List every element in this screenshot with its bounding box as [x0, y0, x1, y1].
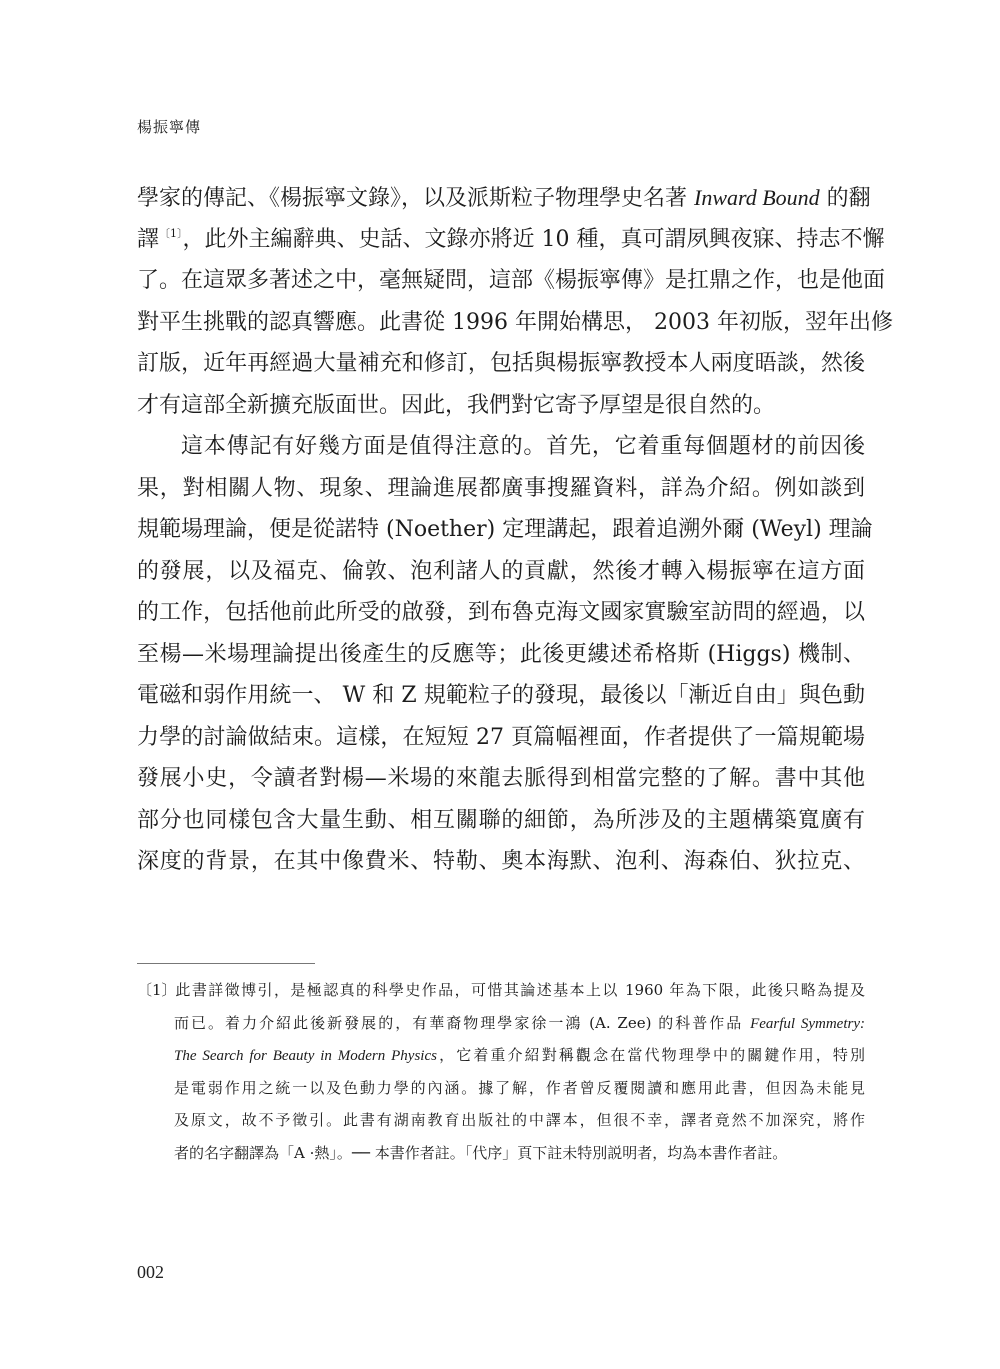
book-subtitle-italic: The Search for Beauty in Modern Physics — [174, 1048, 437, 1064]
text-line: 這本傳記有好幾方面是值得注意的。首先，它着重每個題材的前因後 — [137, 426, 865, 468]
text-line: 果，對相關人物、現象、理論進展都廣事搜羅資料，詳為介紹。例如談到 — [137, 468, 865, 510]
text-line: 訂版，近年再經過大量補充和修訂，包括與楊振寧教授本人兩度晤談，然後 — [137, 343, 865, 385]
book-title-italic: Inward Bound — [694, 185, 820, 210]
book-title-italic: Fearful Symmetry: — [750, 1016, 865, 1032]
footnote-reference: 〔1〕 — [159, 227, 183, 240]
text-line: 發展小史，令讀者對楊—米場的來龍去脈得到相當完整的了解。書中其他 — [137, 758, 865, 800]
text-line: 對平生挑戰的認真響應。此書從 1996 年開始構思， 2003 年初版，翌年出修 — [137, 302, 865, 344]
page-number: 002 — [137, 1262, 164, 1283]
footnote-mark: 〔1〕 — [137, 974, 174, 1007]
text-line: 的發展，以及福克、倫敦、泡利諸人的貢獻，然後才轉入楊振寧在這方面 — [137, 551, 865, 593]
footnote-line: 及原文，故不予徵引。此書有湖南教育出版社的中譯本，但很不幸，譯者竟然不加深究，將… — [137, 1104, 865, 1137]
footnote-line: 〔1〕此書詳徵博引，是極認真的科學史作品，可惜其論述基本上以 1960 年為下限… — [137, 974, 865, 1007]
paragraph-1: 學家的傳記、《楊振寧文錄》，以及派斯粒子物理學史名著 Inward Bound … — [137, 177, 865, 426]
footnote-line: The Search for Beauty in Modern Physics，… — [137, 1039, 865, 1072]
text-line: 力學的討論做結束。這樣，在短短 27 頁篇幅裡面，作者提供了一篇規範場 — [137, 717, 865, 759]
text-line: 學家的傳記、《楊振寧文錄》，以及派斯粒子物理學史名著 Inward Bound … — [137, 177, 865, 219]
text-line: 部分也同樣包含大量生動、相互關聯的細節，為所涉及的主題構築寬廣有 — [137, 800, 865, 842]
paragraph-2: 這本傳記有好幾方面是值得注意的。首先，它着重每個題材的前因後 果，對相關人物、現… — [137, 426, 865, 883]
body-text: 學家的傳記、《楊振寧文錄》，以及派斯粒子物理學史名著 Inward Bound … — [137, 177, 865, 883]
text-line: 規範場理論，便是從諾特 (Noether) 定理講起，跟着追溯外爾 (Weyl)… — [137, 509, 865, 551]
text-line: 電磁和弱作用統一、 W 和 Z 規範粒子的發現，最後以「漸近自由」與色動 — [137, 675, 865, 717]
text-line: 的工作，包括他前此所受的啟發，到布魯克海文國家實驗室訪問的經過，以 — [137, 592, 865, 634]
footnote-line: 是電弱作用之統一以及色動力學的內涵。據了解，作者曾反覆閱讀和應用此書，但因為未能… — [137, 1072, 865, 1105]
footnote-1: 〔1〕此書詳徵博引，是極認真的科學史作品，可惜其論述基本上以 1960 年為下限… — [137, 974, 865, 1169]
text-line: 至楊—米場理論提出後產生的反應等；此後更縷述希格斯 (Higgs) 機制、 — [137, 634, 865, 676]
text-line: 譯〔1〕，此外主編辭典、史話、文錄亦將近 10 種，真可謂夙興夜寐、持志不懈 — [137, 219, 865, 261]
text-line: 才有這部全新擴充版面世。因此，我們對它寄予厚望是很自然的。 — [137, 385, 865, 427]
footnote-divider — [137, 963, 315, 964]
footnote-line: 者的名字翻譯為「A ·熱」。── 本書作者註。「代序」頁下註未特別説明者，均為本… — [137, 1137, 865, 1170]
text-line: 深度的背景，在其中像費米、特勒、奧本海默、泡利、海森伯、狄拉克、 — [137, 841, 865, 883]
footnote-line: 而已。着力介紹此後新發展的，有華裔物理學家徐一鴻 (A. Zee) 的科普作品 … — [137, 1007, 865, 1040]
text-line: 了。在這眾多著述之中，毫無疑問，這部《楊振寧傳》是扛鼎之作，也是他面 — [137, 260, 865, 302]
running-head: 楊振寧傳 — [137, 116, 201, 137]
